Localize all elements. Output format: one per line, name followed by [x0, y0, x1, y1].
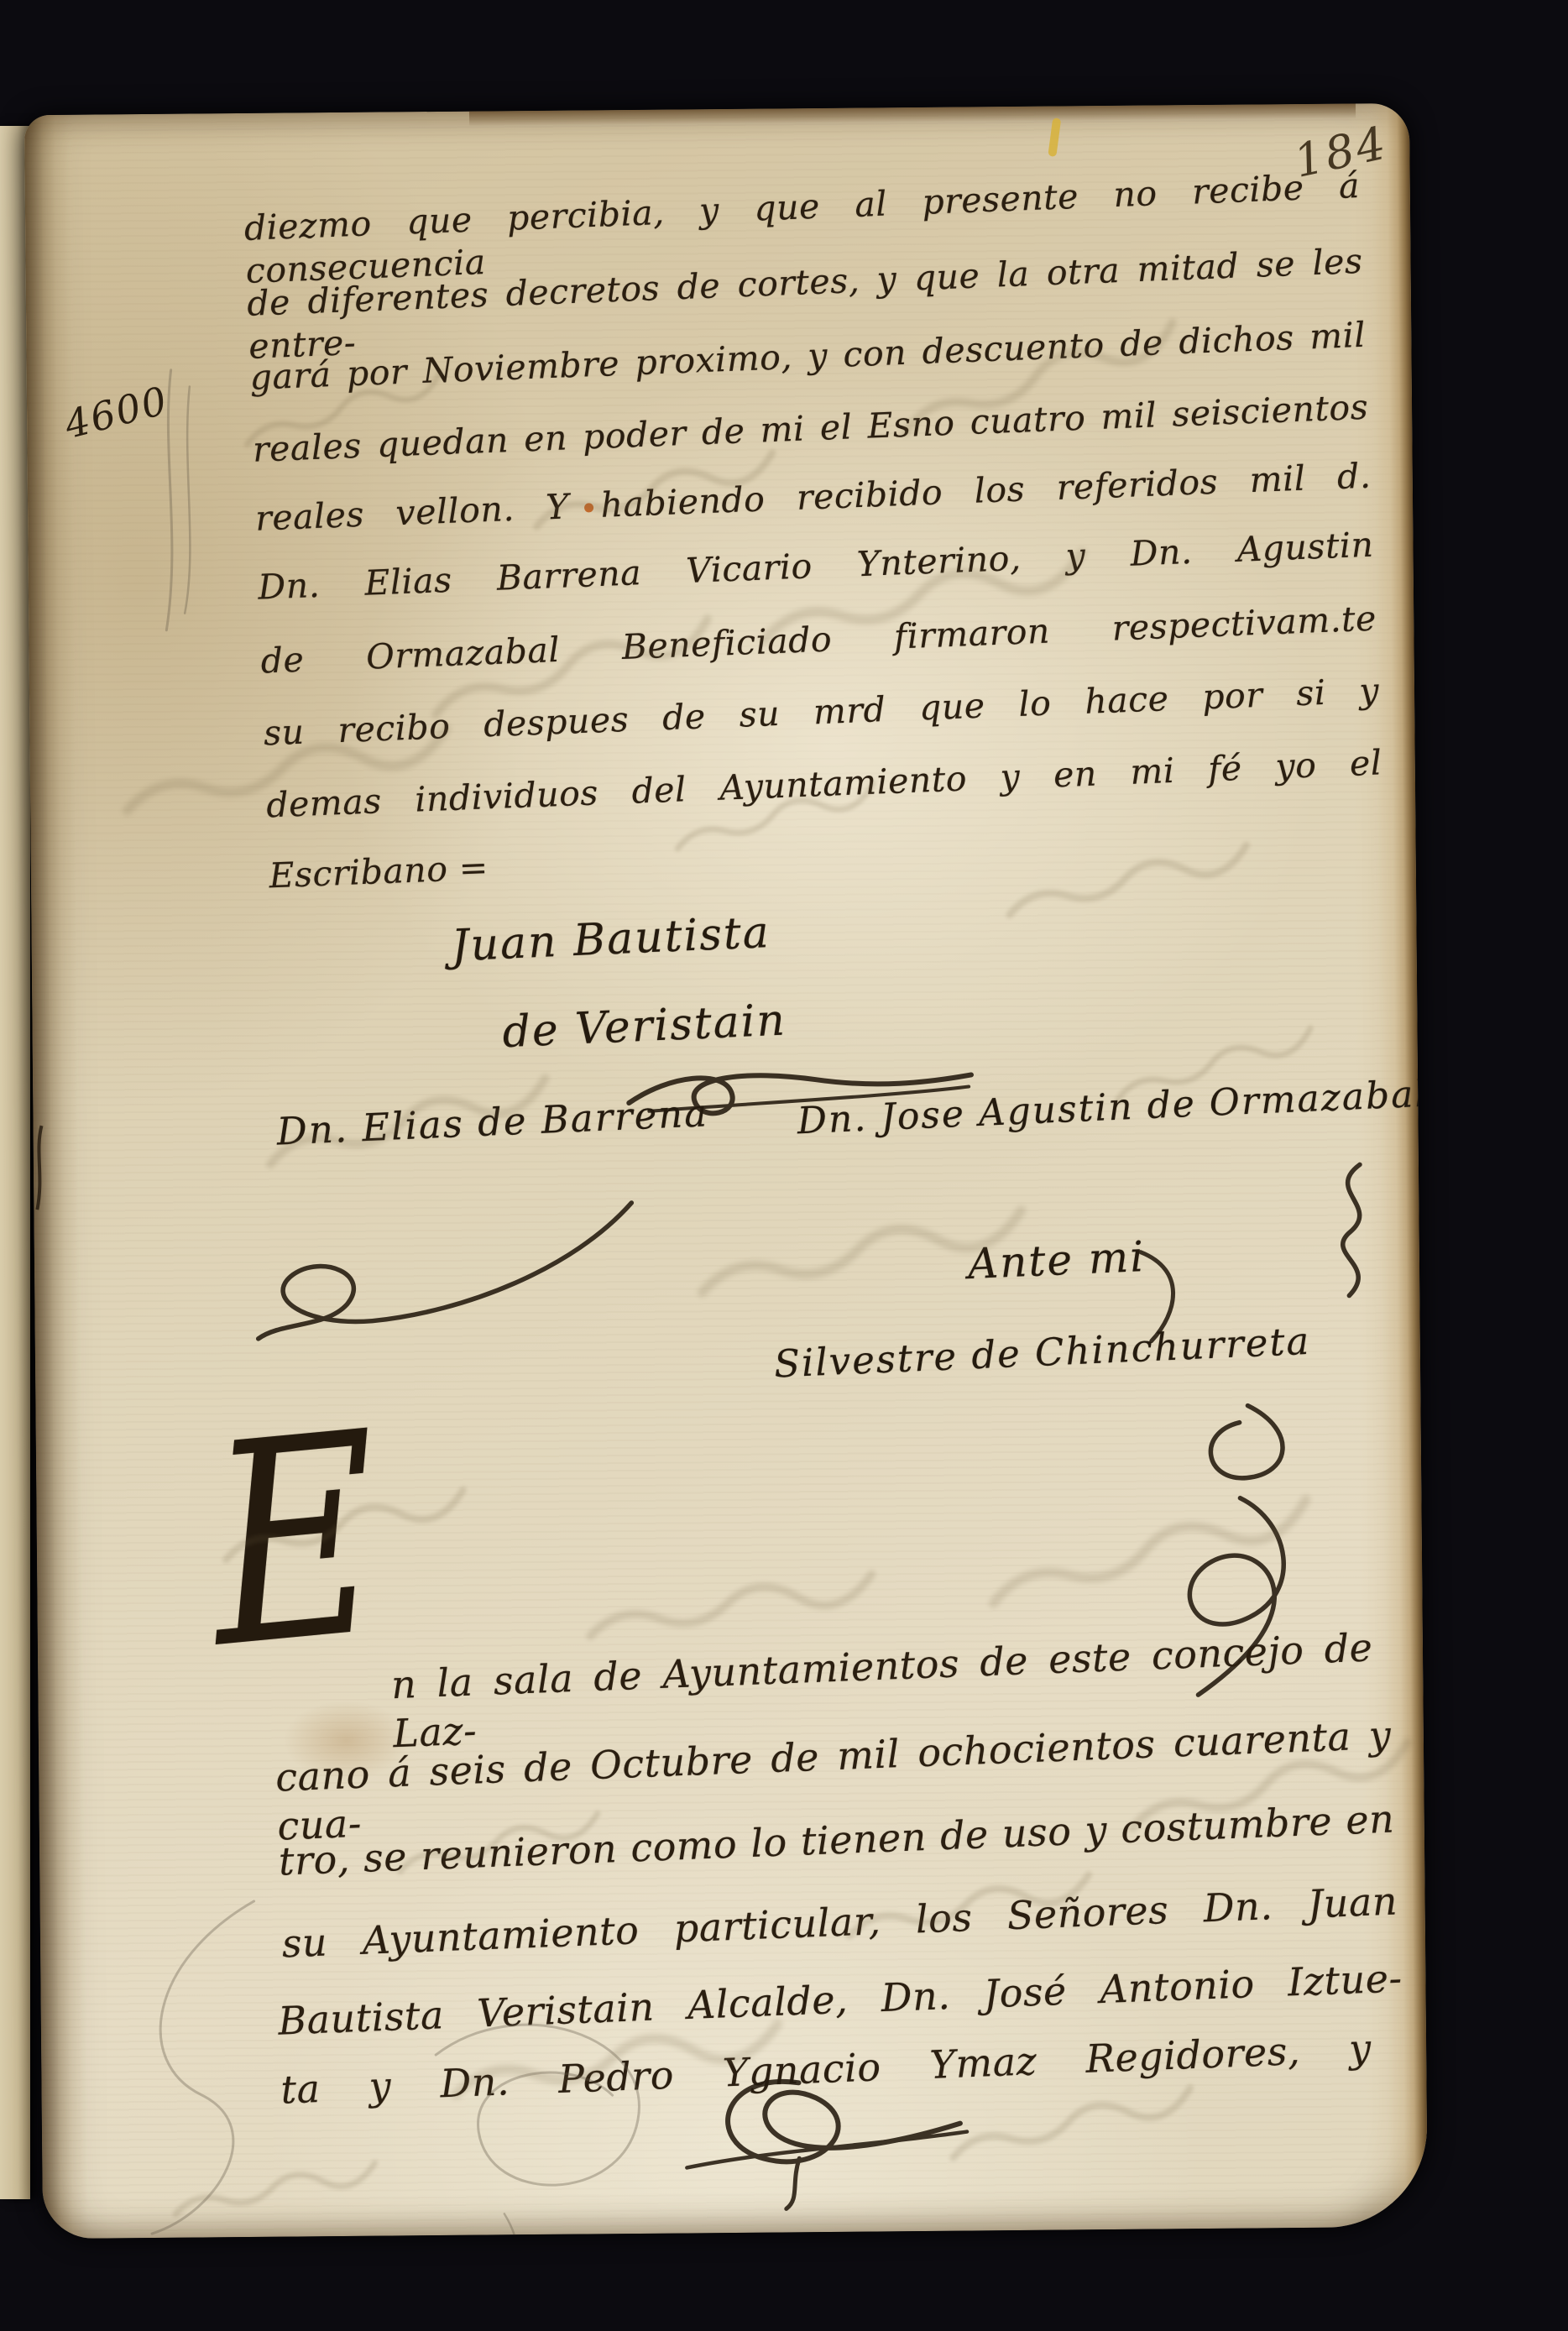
manuscript-line: Escribano = [269, 846, 489, 897]
bleed-through-squiggle [998, 825, 1263, 936]
closing-rubric [671, 2062, 983, 2216]
entry-1-text-block: diezmo que percibia, y que al presente n… [243, 165, 1367, 207]
photo-background: 184 4600 diezmo que percibia, y que al p… [0, 0, 1568, 2331]
yellow-stain [1048, 118, 1061, 157]
signature-juan-bautista-line2: de Veristain [501, 995, 787, 1058]
top-edge-soiling [469, 103, 1356, 126]
entry-2-text-block: n la sala de Ayuntamientos de este conce… [271, 1623, 1403, 1666]
manuscript-line: su Ayuntamiento particular, los Señores … [281, 1877, 1398, 1968]
manuscript-page: 184 4600 diezmo que percibia, y que al p… [24, 103, 1428, 2239]
gutter-ink-mark [33, 1122, 47, 1215]
signature-rubric [243, 1191, 648, 1350]
manuscript-line: reales vellon. Y habiendo recibido los r… [254, 455, 1372, 541]
signature-rubric [1299, 1159, 1402, 1307]
bleed-through-squiggle [688, 1184, 1043, 1320]
previous-page-edge [0, 126, 30, 2199]
signature-silvestre-chinchurreta: Silvestre de Chinchurreta [773, 1319, 1311, 1387]
signature-juan-bautista-line1: Juan Bautista [450, 907, 771, 972]
pencil-doodle [153, 361, 206, 639]
